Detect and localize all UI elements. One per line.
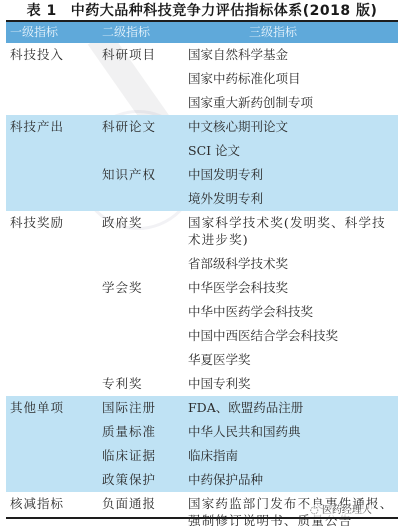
level2-cell: 政策保护 xyxy=(94,468,188,492)
account-label: 医药经理人 xyxy=(322,505,372,516)
level1-cell: 核减指标 xyxy=(6,492,94,526)
level2-cell: 学会奖 xyxy=(94,276,188,372)
level2-label: 学会奖 xyxy=(102,276,188,300)
level3-cell: 临床指南 xyxy=(188,444,398,468)
level3-item: 中药保护品种 xyxy=(188,468,398,492)
table-row: 专利奖中国专利奖 xyxy=(94,372,398,396)
table-row-group: 科技奖励政府奖国家科学技术奖(发明奖、科学技术进步奖)省部级科学技术奖学会奖中华… xyxy=(6,211,398,396)
table-row-group: 科技投入科研项目国家自然科学基金国家中药标准化项目国家重大新药创制专项 xyxy=(6,43,398,115)
level3-item: 中华人民共和国药典 xyxy=(188,420,398,444)
level3-cell: FDA、欧盟药品注册 xyxy=(188,396,398,420)
table-body: 科技投入科研项目国家自然科学基金国家中药标准化项目国家重大新药创制专项科技产出科… xyxy=(6,43,398,526)
level2-label: 政府奖 xyxy=(102,211,188,235)
level1-cell: 科技奖励 xyxy=(6,211,94,396)
level1-label: 科技投入 xyxy=(10,43,94,67)
level3-item: 省部级科学技术奖 xyxy=(188,252,398,276)
level2-cell: 负面通报 xyxy=(94,492,188,526)
level3-cell: 国家科学技术奖(发明奖、科学技术进步奖)省部级科学技术奖 xyxy=(188,211,398,276)
level2-cell: 国际注册 xyxy=(94,396,188,420)
table-row: 科研项目国家自然科学基金国家中药标准化项目国家重大新药创制专项 xyxy=(94,43,398,115)
level2-label: 临床证据 xyxy=(102,444,188,468)
level2-label: 专利奖 xyxy=(102,372,188,396)
level3-item: 国家中药标准化项目 xyxy=(188,67,398,91)
level3-item: 中华中医药学会科技奖 xyxy=(188,300,398,324)
wechat-icon: ◌ xyxy=(310,505,319,516)
level3-item: 中国专利奖 xyxy=(188,372,398,396)
level3-cell: 中文核心期刊论文SCI 论文 xyxy=(188,115,398,163)
table-row-group: 其他单项国际注册FDA、欧盟药品注册质量标准中华人民共和国药典临床证据临床指南政… xyxy=(6,396,398,492)
level3-item: 中文核心期刊论文 xyxy=(188,115,398,139)
level2-cell: 科研项目 xyxy=(94,43,188,115)
level2-label: 国际注册 xyxy=(102,396,188,420)
level3-cell: 中国发明专利境外发明专利 xyxy=(188,163,398,211)
level3-item: FDA、欧盟药品注册 xyxy=(188,396,398,420)
level1-cell: 科技产出 xyxy=(6,115,94,211)
level2-cell: 专利奖 xyxy=(94,372,188,396)
table-row: 政府奖国家科学技术奖(发明奖、科学技术进步奖)省部级科学技术奖 xyxy=(94,211,398,276)
level1-label: 科技产出 xyxy=(10,115,94,139)
level3-item: 中国中西医结合学会科技奖 xyxy=(188,324,398,348)
level2-cell: 知识产权 xyxy=(94,163,188,211)
level3-item: 中国发明专利 xyxy=(188,163,398,187)
level3-item: 中华医学会科技奖 xyxy=(188,276,398,300)
level2-cell: 临床证据 xyxy=(94,444,188,468)
level3-cell: 国家自然科学基金国家中药标准化项目国家重大新药创制专项 xyxy=(188,43,398,115)
bottom-rule xyxy=(6,517,398,519)
level1-label: 科技奖励 xyxy=(10,211,94,235)
level2-cell: 质量标准 xyxy=(94,420,188,444)
level2-label: 知识产权 xyxy=(102,163,188,187)
header-level2: 二级指标 xyxy=(94,22,188,43)
level2-label: 负面通报 xyxy=(102,492,188,516)
level1-label: 核减指标 xyxy=(10,492,94,516)
table-header: 一级指标 二级指标 三级指标 xyxy=(6,22,398,43)
header-level1: 一级指标 xyxy=(6,22,94,43)
table-row: 政策保护中药保护品种 xyxy=(94,468,398,492)
table-title: 表 1中药大品种科技竞争力评估指标体系(2018 版) xyxy=(0,2,404,20)
level3-cell: 中国专利奖 xyxy=(188,372,398,396)
level3-item: 华夏医学奖 xyxy=(188,348,398,372)
level3-item: 国家科学技术奖(发明奖、科学技术进步奖) xyxy=(188,211,398,252)
level2-cell: 政府奖 xyxy=(94,211,188,276)
level3-item: 临床指南 xyxy=(188,444,398,468)
level3-cell: 中华人民共和国药典 xyxy=(188,420,398,444)
table-row: 临床证据临床指南 xyxy=(94,444,398,468)
table-row: 科研论文中文核心期刊论文SCI 论文 xyxy=(94,115,398,163)
header-level3: 三级指标 xyxy=(188,22,398,43)
level1-cell: 科技投入 xyxy=(6,43,94,115)
level2-label: 政策保护 xyxy=(102,468,188,492)
table-row: 国际注册FDA、欧盟药品注册 xyxy=(94,396,398,420)
level3-item: SCI 论文 xyxy=(188,139,398,163)
level1-label: 其他单项 xyxy=(10,396,94,420)
level2-cell: 科研论文 xyxy=(94,115,188,163)
table-row-group: 科技产出科研论文中文核心期刊论文SCI 论文知识产权中国发明专利境外发明专利 xyxy=(6,115,398,211)
level2-label: 质量标准 xyxy=(102,420,188,444)
table-row: 质量标准中华人民共和国药典 xyxy=(94,420,398,444)
level3-cell: 中华医学会科技奖中华中医药学会科技奖中国中西医结合学会科技奖华夏医学奖 xyxy=(188,276,398,372)
level3-cell: 中药保护品种 xyxy=(188,468,398,492)
level3-item: 国家自然科学基金 xyxy=(188,43,398,67)
level3-item: 国家重大新药创制专项 xyxy=(188,91,398,115)
level3-item: 境外发明专利 xyxy=(188,187,398,211)
table-row: 学会奖中华医学会科技奖中华中医药学会科技奖中国中西医结合学会科技奖华夏医学奖 xyxy=(94,276,398,372)
table-number: 表 1 xyxy=(27,3,57,19)
level2-label: 科研论文 xyxy=(102,115,188,139)
indicator-table: 一级指标 二级指标 三级指标 科技投入科研项目国家自然科学基金国家中药标准化项目… xyxy=(6,20,398,526)
table-row: 知识产权中国发明专利境外发明专利 xyxy=(94,163,398,211)
level2-label: 科研项目 xyxy=(102,43,188,67)
level1-cell: 其他单项 xyxy=(6,396,94,492)
account-watermark: ◌ 医药经理人 xyxy=(308,505,374,517)
table-caption: 中药大品种科技竞争力评估指标体系(2018 版) xyxy=(71,3,378,19)
